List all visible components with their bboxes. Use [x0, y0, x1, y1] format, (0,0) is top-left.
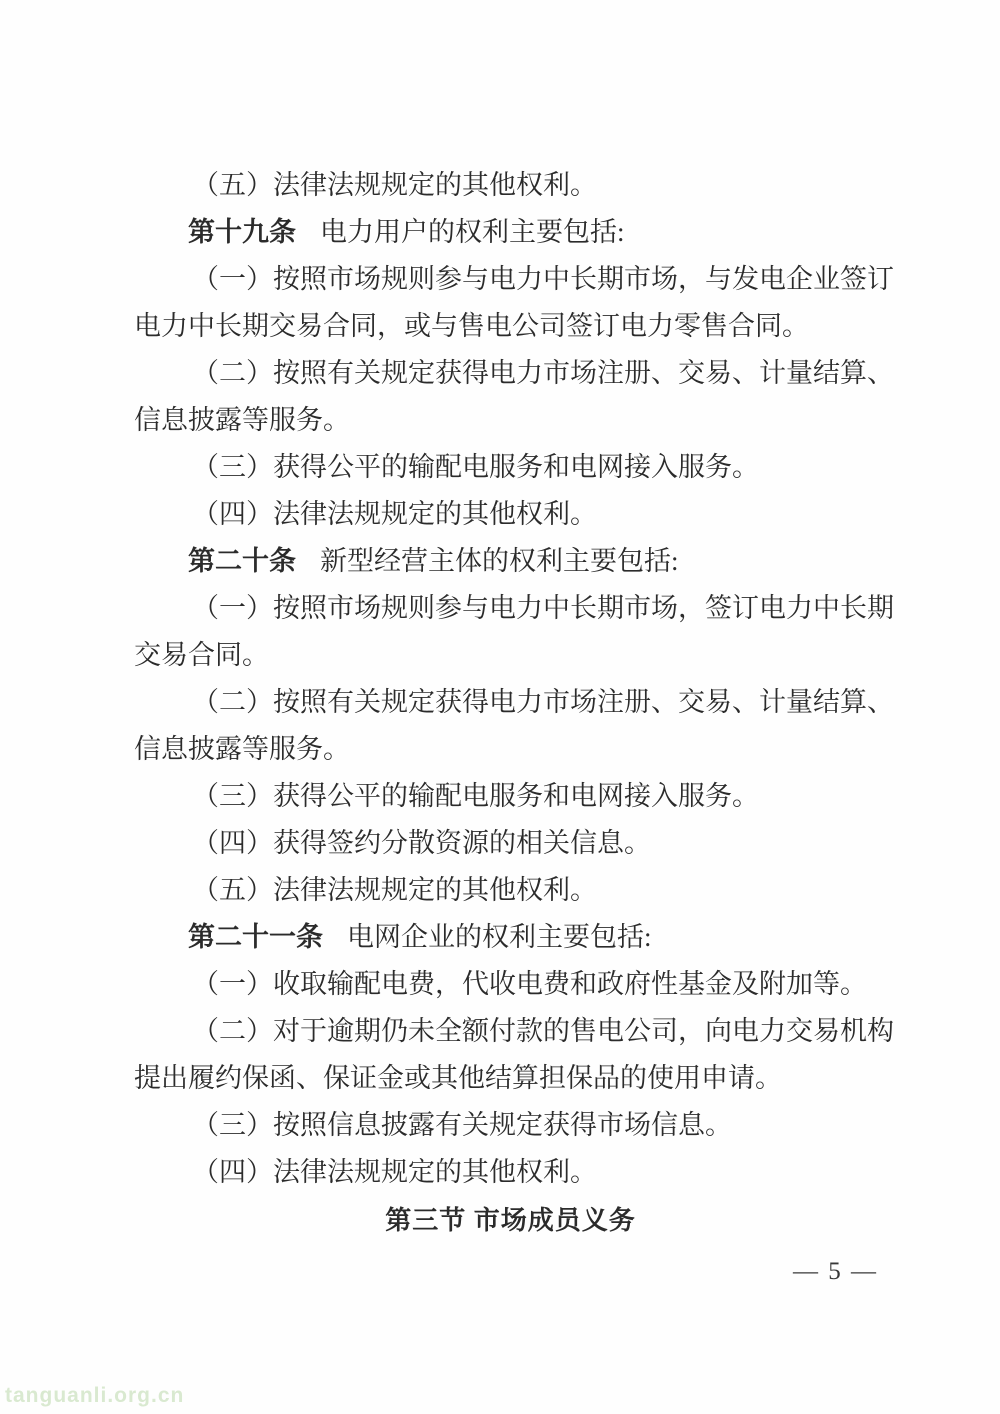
- doc-line: （四）法律法规规定的其他权利。: [134, 491, 887, 538]
- doc-line: （五）法律法规规定的其他权利。: [134, 867, 887, 914]
- doc-line: （二）对于逾期仍未全额付款的售电公司，向电力交易机构: [134, 1008, 887, 1055]
- article-number: 第十九条: [188, 217, 296, 247]
- section-heading: 第三节 市场成员义务: [134, 1197, 887, 1244]
- article-number: 第二十条: [188, 546, 296, 576]
- doc-line: （四）法律法规规定的其他权利。: [134, 1149, 887, 1196]
- page-number: — 5 —: [793, 1258, 878, 1286]
- doc-line: 电力中长期交易合同，或与售电公司签订电力零售合同。: [134, 303, 887, 350]
- doc-line: （二）按照有关规定获得电力市场注册、交易、计量结算、: [134, 679, 887, 726]
- doc-line: 交易合同。: [134, 632, 887, 679]
- document-page: （五）法律法规规定的其他权利。 第十九条电力用户的权利主要包括: （一）按照市场…: [0, 0, 1000, 1414]
- doc-line: （一）按照市场规则参与电力中长期市场，签订电力中长期: [134, 585, 887, 632]
- watermark-text: tanguanli.org.cn: [5, 1384, 184, 1408]
- article-heading-21: 第二十一条电网企业的权利主要包括:: [134, 914, 887, 961]
- article-heading-20: 第二十条新型经营主体的权利主要包括:: [134, 538, 887, 585]
- doc-line: 信息披露等服务。: [134, 397, 887, 444]
- article-title: 电网企业的权利主要包括:: [347, 922, 652, 952]
- article-title: 新型经营主体的权利主要包括:: [320, 546, 679, 576]
- article-heading-19: 第十九条电力用户的权利主要包括:: [134, 209, 887, 256]
- doc-line: （一）按照市场规则参与电力中长期市场，与发电企业签订: [134, 256, 887, 303]
- doc-line: （三）按照信息披露有关规定获得市场信息。: [134, 1102, 887, 1149]
- doc-line: （三）获得公平的输配电服务和电网接入服务。: [134, 444, 887, 491]
- doc-line: （五）法律法规规定的其他权利。: [134, 162, 887, 209]
- doc-line: （三）获得公平的输配电服务和电网接入服务。: [134, 773, 887, 820]
- doc-line: （一）收取输配电费，代收电费和政府性基金及附加等。: [134, 961, 887, 1008]
- article-number: 第二十一条: [188, 922, 323, 952]
- doc-line: （四）获得签约分散资源的相关信息。: [134, 820, 887, 867]
- document-body: （五）法律法规规定的其他权利。 第十九条电力用户的权利主要包括: （一）按照市场…: [134, 162, 887, 1244]
- article-title: 电力用户的权利主要包括:: [320, 217, 625, 247]
- doc-line: 信息披露等服务。: [134, 726, 887, 773]
- doc-line: 提出履约保函、保证金或其他结算担保品的使用申请。: [134, 1055, 887, 1102]
- doc-line: （二）按照有关规定获得电力市场注册、交易、计量结算、: [134, 350, 887, 397]
